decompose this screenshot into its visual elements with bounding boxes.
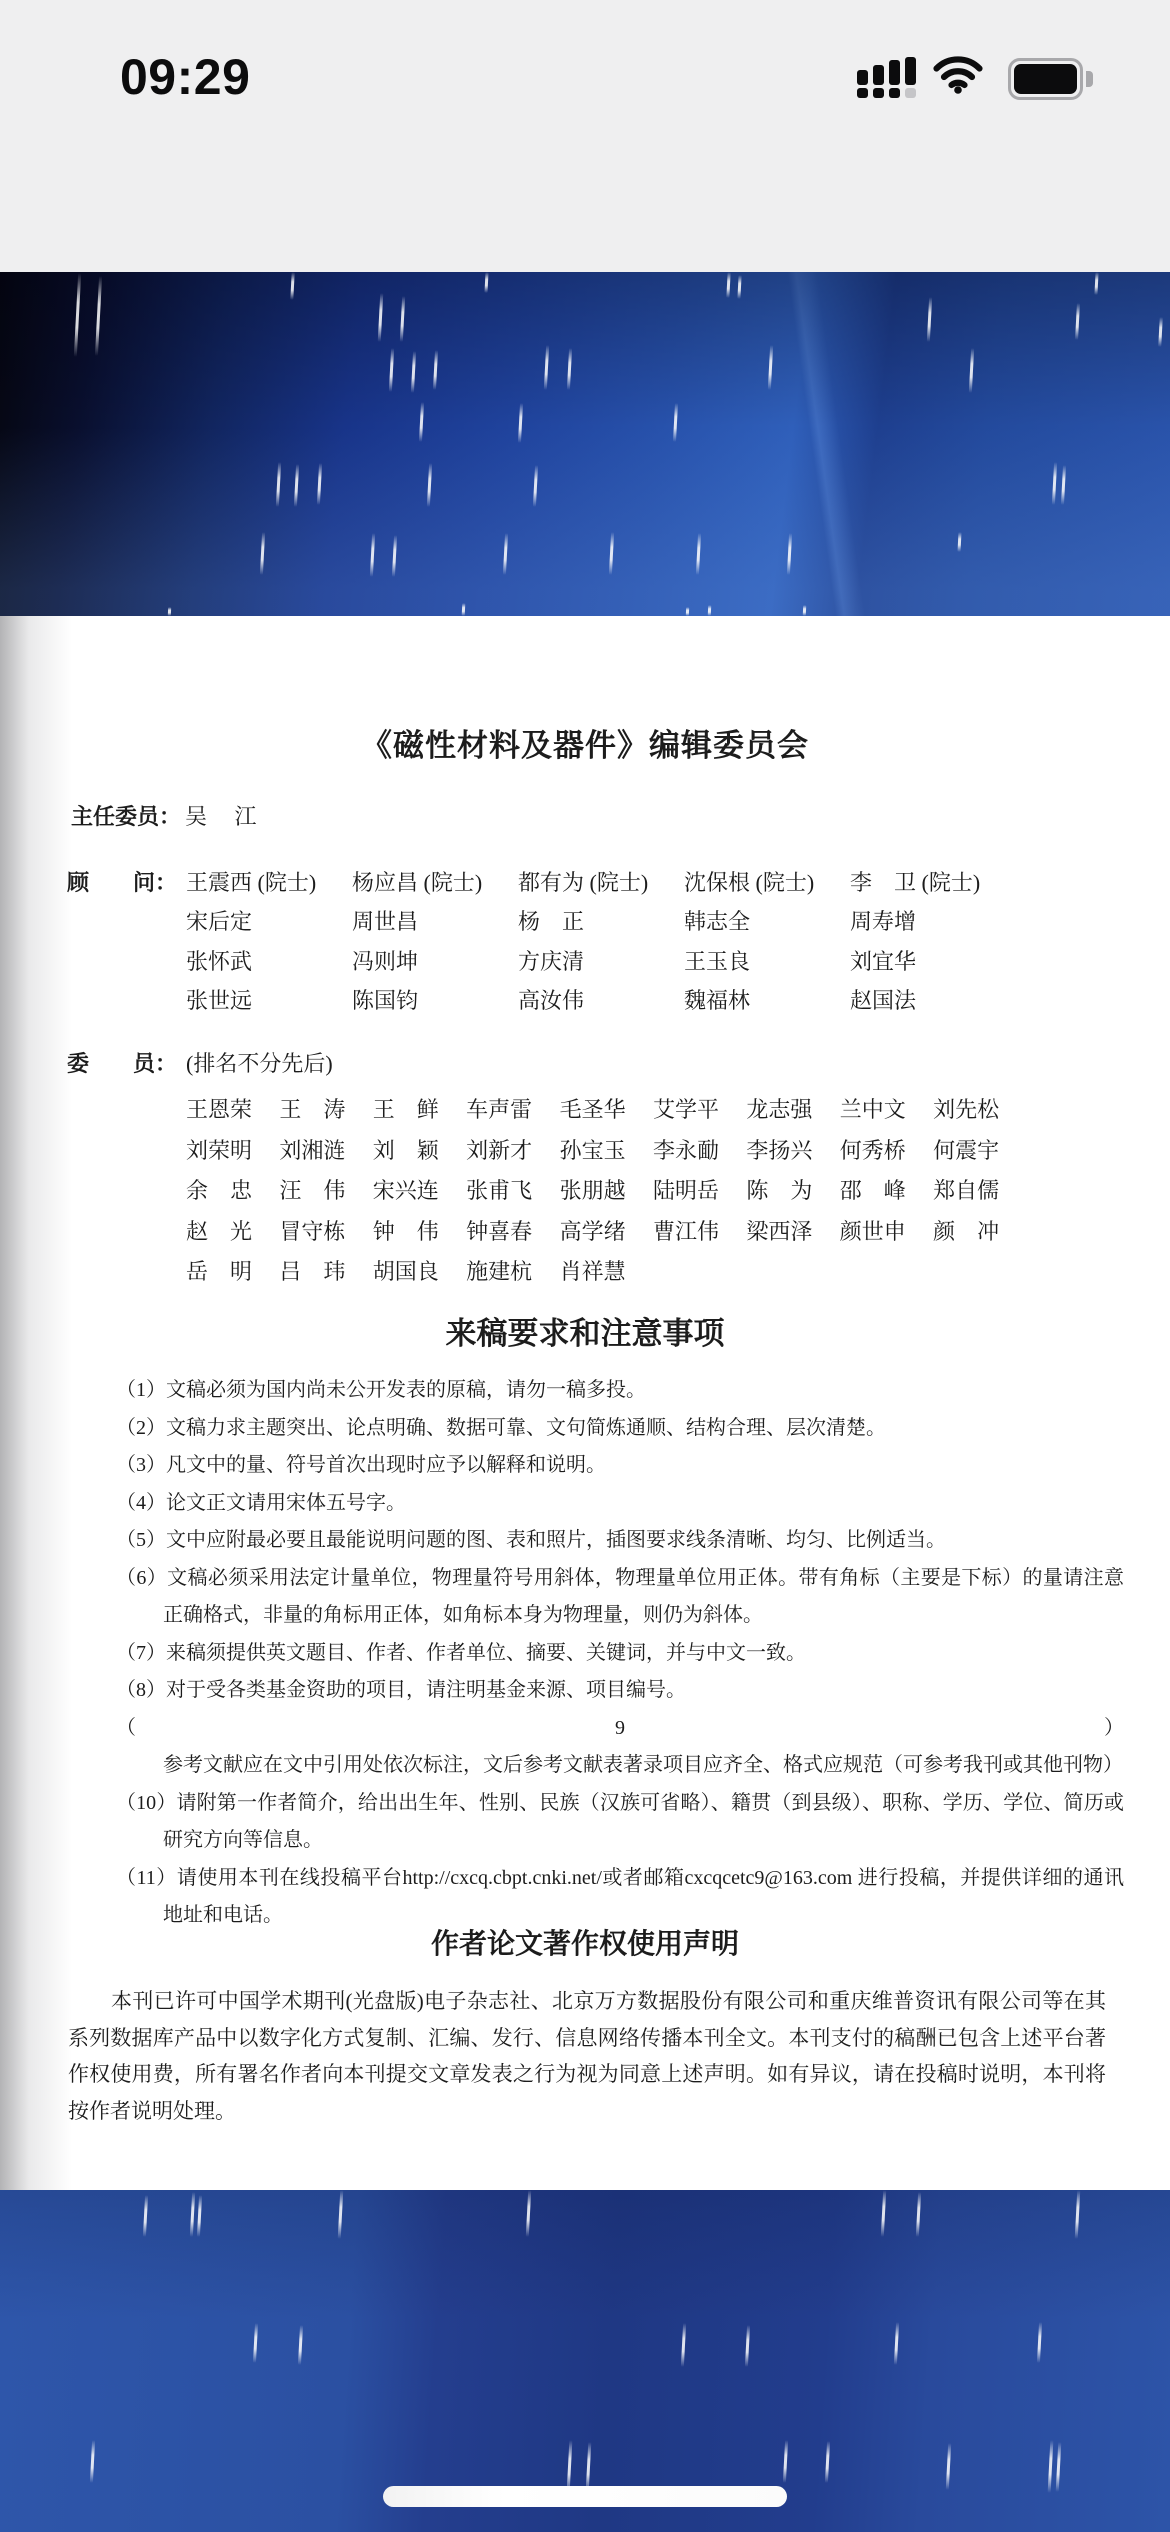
advisor-name: 周世昌 bbox=[352, 902, 518, 941]
member-name: 王 涛 bbox=[279, 1090, 372, 1131]
item-text: 论文正文请用宋体五号字。 bbox=[166, 1492, 406, 1514]
light-streak bbox=[143, 2195, 148, 2237]
light-streak bbox=[745, 2325, 750, 2367]
light-streak bbox=[726, 272, 730, 298]
advisor-name: 王震西 (院士) bbox=[186, 863, 352, 902]
item-number: （5） bbox=[116, 1529, 166, 1551]
item-text: 文稿必须采用法定计量单位，物理量符号用斜体，物理量单位用正体。带有角标（主要是下… bbox=[163, 1567, 1124, 1627]
requirement-item: （10）请附第一作者简介，给出出生年、性别、民族（汉族可省略）、籍贯（到县级）、… bbox=[116, 1785, 1124, 1860]
light-streak bbox=[803, 605, 807, 616]
item-text: 请使用本刊在线投稿平台http://cxcq.cbpt.cnki.net/或者邮… bbox=[163, 1867, 1124, 1927]
light-streak bbox=[1075, 303, 1080, 340]
member-name: 高学绪 bbox=[560, 1212, 653, 1253]
cellular-bar bbox=[857, 70, 868, 85]
advisor-name: 沈保根 (院士) bbox=[684, 863, 850, 902]
member-name: 李永勔 bbox=[653, 1131, 746, 1172]
light-streak bbox=[696, 533, 701, 575]
member-name: 毛圣华 bbox=[560, 1090, 653, 1131]
battery-nub bbox=[1086, 71, 1093, 87]
light-streak bbox=[526, 2190, 531, 2237]
advisor-name: 陈国钧 bbox=[352, 981, 518, 1020]
light-streak bbox=[411, 351, 416, 393]
chair-name: 吴 江 bbox=[185, 802, 257, 832]
member-name: 冒守栋 bbox=[279, 1212, 372, 1253]
document-page: 《磁性材料及器件》编辑委员会 主任委员： 吴 江 顾 问： 王震西 (院士)杨应… bbox=[0, 616, 1170, 2190]
item-number: （9） bbox=[116, 1717, 1124, 1739]
item-text: 参考文献应在文中引用处依次标注，文后参考文献表著录项目应齐全、格式应规范（可参考… bbox=[163, 1754, 1123, 1776]
light-streak bbox=[338, 2190, 344, 2239]
light-streak bbox=[392, 535, 397, 577]
member-name: 兰中文 bbox=[840, 1090, 933, 1131]
requirement-item: （2）文稿力求主题突出、论点明确、数据可靠、文句简炼通顺、结构合理、层次清楚。 bbox=[116, 1410, 1124, 1448]
light-streak bbox=[737, 275, 741, 299]
chair-label: 主任委员： bbox=[71, 804, 181, 829]
member-name: 汪 伟 bbox=[279, 1171, 372, 1212]
light-streak bbox=[825, 2441, 830, 2483]
member-name: 岳 明 bbox=[186, 1252, 279, 1293]
requirement-item: （7）来稿须提供英文题目、作者、作者单位、摘要、关键词，并与中文一致。 bbox=[116, 1635, 1124, 1673]
advisor-name: 韩志全 bbox=[684, 902, 850, 941]
wifi-icon bbox=[933, 56, 983, 94]
member-name: 肖祥慧 bbox=[560, 1252, 653, 1293]
item-text: 凡文中的量、符号首次出现时应予以解释和说明。 bbox=[166, 1454, 606, 1476]
member-name: 刘湘涟 bbox=[279, 1131, 372, 1172]
light-streak bbox=[290, 272, 294, 300]
member-name: 龙志强 bbox=[746, 1090, 839, 1131]
requirement-item: （8）对于受各类基金资助的项目，请注明基金来源、项目编号。 bbox=[116, 1672, 1124, 1710]
battery-fill bbox=[1014, 64, 1077, 94]
item-text: 请附第一作者简介，给出出生年、性别、民族（汉族可省略）、籍贯（到县级）、职称、学… bbox=[163, 1792, 1124, 1852]
member-name: 何秀桥 bbox=[840, 1131, 933, 1172]
advisor-name: 杨应昌 (院士) bbox=[352, 863, 518, 902]
light-streak bbox=[681, 2323, 686, 2367]
nav-bar: 磁性材料及器件 2022年2期 bbox=[0, 150, 1170, 272]
light-streak bbox=[197, 2195, 202, 2237]
members-grid: 王恩荣王 涛王 鲜车声雷毛圣华艾学平龙志强兰中文刘先松刘荣明刘湘涟刘 颖刘新才孙… bbox=[186, 1090, 1027, 1293]
light-streak bbox=[881, 2190, 886, 2237]
light-streak bbox=[276, 462, 281, 507]
light-streak bbox=[969, 348, 974, 393]
light-streak bbox=[1048, 2440, 1054, 2493]
copyright-statement-title: 作者论文著作权使用声明 bbox=[0, 1922, 1170, 1962]
requirement-item: （1）文稿必须为国内尚未公开发表的原稿，请勿一稿多投。 bbox=[116, 1372, 1124, 1410]
light-streak bbox=[503, 533, 508, 575]
members-label: 委 员： bbox=[67, 1049, 177, 1079]
member-name: 赵 光 bbox=[186, 1212, 279, 1253]
light-streak bbox=[1094, 272, 1098, 295]
member-name: 刘先松 bbox=[933, 1090, 1026, 1131]
status-time: 09:29 bbox=[120, 48, 250, 106]
cellular-bar bbox=[905, 57, 916, 85]
advisor-name: 方庆清 bbox=[518, 942, 684, 981]
advisor-name: 高汝伟 bbox=[518, 981, 684, 1020]
member-name: 王 鲜 bbox=[373, 1090, 466, 1131]
item-number: （10） bbox=[116, 1792, 176, 1814]
requirement-item: （6）文稿必须采用法定计量单位，物理量符号用斜体，物理量单位用正体。带有角标（主… bbox=[116, 1560, 1124, 1635]
advisor-name: 都有为 (院士) bbox=[518, 863, 684, 902]
home-indicator[interactable] bbox=[383, 2486, 787, 2507]
advisors-label: 顾 问： bbox=[67, 868, 177, 898]
light-streak bbox=[567, 348, 572, 390]
light-streak bbox=[253, 2323, 258, 2363]
advisor-name: 刘宜华 bbox=[850, 942, 1016, 981]
light-streak bbox=[433, 350, 438, 390]
requirement-item: （5）文中应附最必要且最能说明问题的图、表和照片，插图要求线条清晰、均匀、比例适… bbox=[116, 1522, 1124, 1560]
member-name: 刘荣明 bbox=[186, 1131, 279, 1172]
light-streak bbox=[787, 533, 792, 575]
light-streak bbox=[317, 463, 322, 505]
light-streak bbox=[1056, 2442, 1062, 2492]
light-streak bbox=[518, 403, 523, 443]
cellular-signal-icon bbox=[857, 57, 919, 99]
editorial-committee-title: 《磁性材料及器件》编辑委员会 bbox=[0, 720, 1170, 765]
item-number: （8） bbox=[116, 1679, 166, 1701]
light-streak bbox=[74, 273, 81, 357]
light-streak bbox=[957, 532, 961, 552]
item-number: （2） bbox=[116, 1417, 166, 1439]
members-note: (排名不分先后) bbox=[186, 1049, 333, 1079]
light-streak bbox=[894, 2322, 899, 2365]
advisor-name: 魏福林 bbox=[684, 981, 850, 1020]
light-streak bbox=[586, 2442, 592, 2492]
member-name: 邵 峰 bbox=[840, 1171, 933, 1212]
item-number: （6） bbox=[116, 1567, 167, 1589]
member-name: 张甫飞 bbox=[466, 1171, 559, 1212]
member-name: 艾学平 bbox=[653, 1090, 746, 1131]
cellular-bar bbox=[873, 65, 884, 85]
requirement-item: （4）论文正文请用宋体五号字。 bbox=[116, 1485, 1124, 1523]
light-streak bbox=[609, 532, 614, 575]
item-number: （11） bbox=[116, 1867, 177, 1889]
member-name: 钟 伟 bbox=[373, 1212, 466, 1253]
advisor-name: 冯则坤 bbox=[352, 942, 518, 981]
light-streak bbox=[708, 605, 712, 616]
light-streak bbox=[95, 276, 102, 356]
light-streak bbox=[294, 464, 299, 507]
light-streak bbox=[1037, 2322, 1042, 2363]
light-streak bbox=[370, 533, 375, 577]
cellular-dot bbox=[889, 88, 900, 98]
member-name: 宋兴连 bbox=[373, 1171, 466, 1212]
cellular-dot-dim bbox=[905, 88, 916, 98]
item-number: （3） bbox=[116, 1454, 166, 1476]
header-bar: 09:29 bbox=[0, 0, 1170, 272]
advisor-name: 杨 正 bbox=[518, 902, 684, 941]
member-name: 颜世申 bbox=[840, 1212, 933, 1253]
requirement-item: （9）参考文献应在文中引用处依次标注，文后参考文献表著录项目应齐全、格式应规范（… bbox=[116, 1710, 1124, 1785]
light-streak bbox=[168, 607, 171, 616]
light-streak bbox=[389, 348, 394, 392]
advisor-name: 张怀武 bbox=[186, 942, 352, 981]
submission-requirements-title: 来稿要求和注意事项 bbox=[0, 1308, 1170, 1353]
phone-screen: 09:29 bbox=[0, 0, 1170, 2532]
light-streak bbox=[946, 2443, 951, 2490]
light-streak bbox=[484, 272, 488, 293]
item-number: （4） bbox=[116, 1492, 166, 1514]
advisors-grid: 王震西 (院士)杨应昌 (院士)都有为 (院士)沈保根 (院士)李 卫 (院士)… bbox=[186, 863, 1016, 1021]
item-text: 文稿必须为国内尚未公开发表的原稿，请勿一稿多投。 bbox=[166, 1379, 646, 1401]
light-streak bbox=[378, 293, 384, 342]
journal-cover-footer-image bbox=[0, 2190, 1170, 2532]
item-number: （7） bbox=[116, 1642, 166, 1664]
member-name: 车声雷 bbox=[466, 1090, 559, 1131]
light-streak bbox=[462, 603, 466, 616]
item-number: （1） bbox=[116, 1379, 166, 1401]
light-streak bbox=[419, 402, 424, 442]
battery-icon bbox=[1008, 58, 1083, 100]
member-name: 吕 玮 bbox=[279, 1252, 372, 1293]
member-name: 钟喜春 bbox=[466, 1212, 559, 1253]
light-streak bbox=[533, 465, 538, 507]
advisor-name: 周寿增 bbox=[850, 902, 1016, 941]
advisor-name: 王玉良 bbox=[684, 942, 850, 981]
cellular-bar bbox=[889, 60, 900, 85]
submission-requirements-list: （1）文稿必须为国内尚未公开发表的原稿，请勿一稿多投。（2）文稿力求主题突出、论… bbox=[116, 1372, 1124, 1935]
journal-cover-banner-image bbox=[0, 272, 1170, 616]
advisor-name: 宋后定 bbox=[186, 902, 352, 941]
light-streak bbox=[190, 2192, 195, 2237]
chair-row: 主任委员： 吴 江 bbox=[71, 802, 181, 835]
member-name: 陈 为 bbox=[746, 1171, 839, 1212]
light-streak bbox=[427, 463, 432, 507]
cellular-dot bbox=[857, 88, 868, 98]
member-name: 梁西泽 bbox=[746, 1212, 839, 1253]
member-name: 陆明岳 bbox=[653, 1171, 746, 1212]
item-text: 对于受各类基金资助的项目，请注明基金来源、项目编号。 bbox=[166, 1679, 686, 1701]
member-name: 王恩荣 bbox=[186, 1090, 279, 1131]
light-streak bbox=[916, 2192, 921, 2237]
member-name: 刘新才 bbox=[466, 1131, 559, 1172]
member-name: 郑自儒 bbox=[933, 1171, 1026, 1212]
light-streak bbox=[768, 345, 773, 390]
light-streak bbox=[90, 2440, 95, 2483]
light-streak bbox=[686, 607, 689, 616]
member-name: 孙宝玉 bbox=[560, 1131, 653, 1172]
requirement-item: （3）凡文中的量、符号首次出现时应予以解释和说明。 bbox=[116, 1447, 1124, 1485]
light-streak bbox=[1158, 317, 1163, 347]
item-text: 文稿力求主题突出、论点明确、数据可靠、文句简炼通顺、结构合理、层次清楚。 bbox=[166, 1417, 886, 1439]
light-streak bbox=[1075, 2190, 1081, 2239]
member-name: 张朋越 bbox=[560, 1171, 653, 1212]
member-name: 余 忠 bbox=[186, 1171, 279, 1212]
light-streak bbox=[783, 2440, 788, 2483]
item-text: 文中应附最必要且最能说明问题的图、表和照片，插图要求线条清晰、均匀、比例适当。 bbox=[166, 1529, 946, 1551]
member-name: 刘 颖 bbox=[373, 1131, 466, 1172]
light-streak bbox=[927, 297, 932, 342]
member-name: 曹江伟 bbox=[653, 1212, 746, 1253]
member-name: 胡国良 bbox=[373, 1252, 466, 1293]
advisor-name: 赵国法 bbox=[850, 981, 1016, 1020]
member-name: 何震宇 bbox=[933, 1131, 1026, 1172]
light-streak bbox=[1061, 465, 1066, 505]
advisor-name: 李 卫 (院士) bbox=[850, 863, 1016, 902]
item-text: 来稿须提供英文题目、作者、作者单位、摘要、关键词，并与中文一致。 bbox=[166, 1642, 806, 1664]
copyright-statement-body: 本刊已许可中国学术期刊(光盘版)电子杂志社、北京万方数据股份有限公司和重庆维普资… bbox=[68, 1983, 1106, 2129]
cellular-dot bbox=[873, 88, 884, 98]
light-streak bbox=[673, 403, 678, 442]
advisor-name: 张世远 bbox=[186, 981, 352, 1020]
light-streak bbox=[260, 532, 265, 575]
member-name: 李扬兴 bbox=[746, 1131, 839, 1172]
light-streak bbox=[1052, 462, 1057, 505]
light-streak bbox=[400, 296, 405, 342]
member-name: 施建杭 bbox=[466, 1252, 559, 1293]
light-streak bbox=[298, 2325, 303, 2365]
member-name: 颜 冲 bbox=[933, 1212, 1026, 1253]
light-streak bbox=[544, 345, 549, 390]
